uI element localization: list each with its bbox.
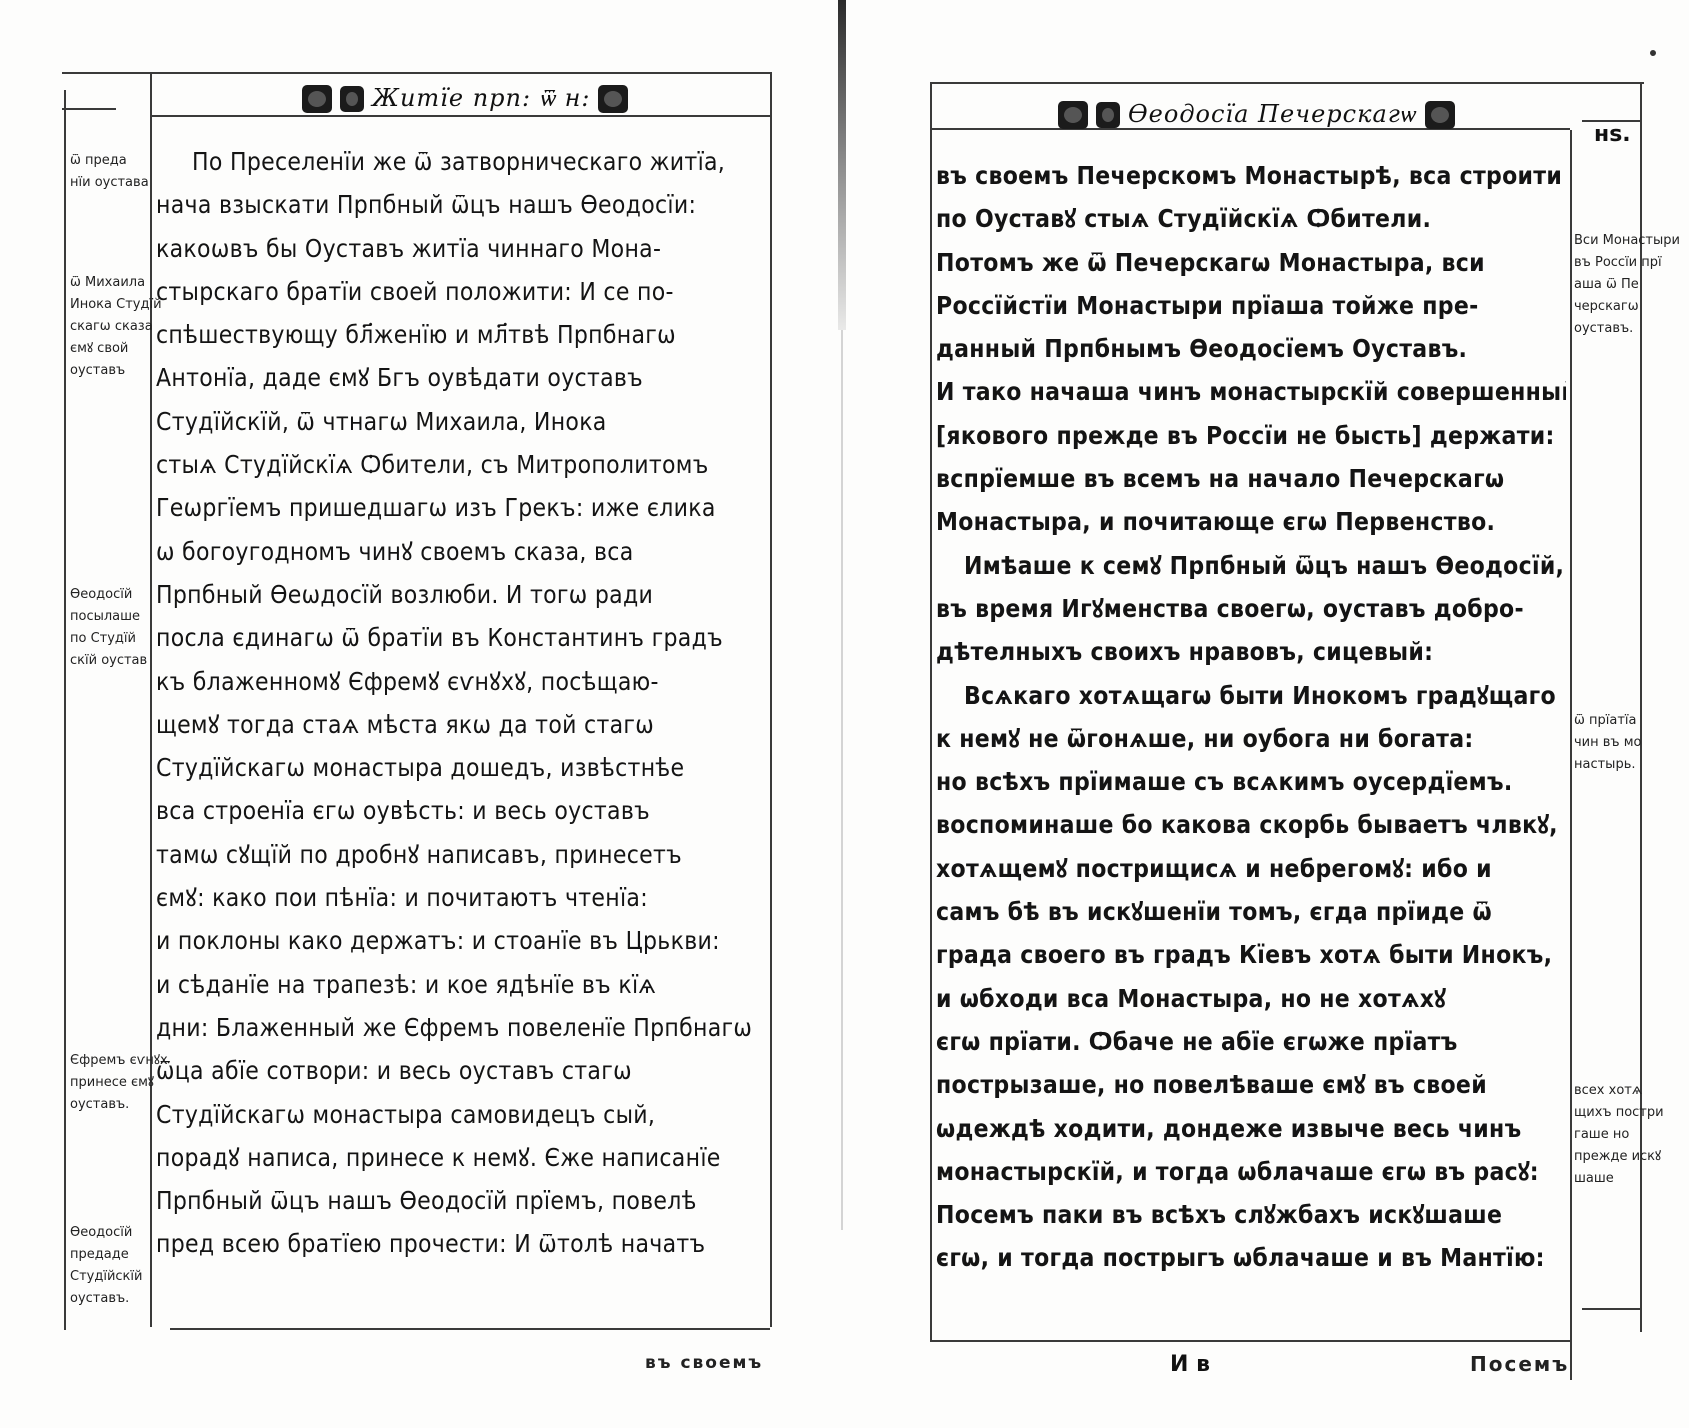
- left-page-body: По Преселенїи же ѿ затворническаго житїа…: [156, 140, 766, 1266]
- margin-note-line: ѿ Михаила: [70, 272, 162, 294]
- running-head-left: Житїе прп: ѿ н:: [302, 84, 628, 113]
- book-gutter-line: [841, 330, 843, 1230]
- margin-note: ѿ прїатїа чин въ мо настырь.: [1574, 710, 1642, 776]
- text-line: єгѡ прїати. Ѻбаче не абїе єгѡже прїатъ: [936, 1020, 1566, 1063]
- text-line: Потомъ же ѿ Печерскагѡ Монастыра, вси: [936, 241, 1566, 284]
- margin-note-line: щихъ постри: [1574, 1102, 1664, 1124]
- margin-note-line: Ѳеодосїй: [70, 584, 147, 606]
- text-line: воспоминаше бо какова скорбь бываетъ члв…: [936, 803, 1566, 846]
- text-column-rule: [150, 72, 152, 1327]
- margin-note-line: нїи оустава: [70, 172, 149, 194]
- text-line: Имѣаше к семꙋ Прпбный ѿцъ нашъ Ѳеодосїй,: [936, 544, 1566, 587]
- text-line: Всѧкаго хотѧщагѡ быти Инокомъ градꙋщаго: [936, 674, 1566, 717]
- text-line: Студїйскїй, ѿ чтнагѡ Михаила, Инока: [156, 400, 766, 443]
- text-line: пред всею братїею прочести: И ѿтолѣ нача…: [156, 1222, 766, 1265]
- text-line: щемꙋ тогда стаѧ мѣста якѡ да той стагѡ: [156, 703, 766, 746]
- text-line: єгѡ, и тогда пострыгъ ѡблачаше и въ Мант…: [936, 1236, 1566, 1279]
- text-line: нача взыскати Прпбный ѿцъ нашъ Ѳеодосїи:: [156, 183, 766, 226]
- margin-note: ѿ преда нїи оустава: [70, 150, 149, 194]
- margin-note-line: ѿ преда: [70, 150, 149, 172]
- text-line: града своего въ градъ Кїевъ хотѧ быти Ин…: [936, 933, 1566, 976]
- margin-note-line: посылаше: [70, 606, 147, 628]
- inner-frame-rule: [770, 72, 772, 1327]
- text-line: Прпбный Ѳеѡдосїй возлюби. И тогѡ ради: [156, 573, 766, 616]
- margin-note-line: Инока Студїй: [70, 294, 162, 316]
- catchword: Посемъ: [1470, 1352, 1569, 1376]
- text-line: Студїйскагѡ монастыра самовидецъ сый,: [156, 1093, 766, 1136]
- margin-note: всех хотѧ щихъ постри гаше но прежде иск…: [1574, 1080, 1664, 1190]
- margin-note-line: оуставъ.: [1574, 318, 1680, 340]
- margin-note: Вси Монастыри въ Россїи прї аша ѿ Пе чер…: [1574, 230, 1680, 340]
- margin-note-line: ѿ прїатїа: [1574, 710, 1642, 732]
- margin-note-line: Студїйскїй: [70, 1266, 142, 1288]
- text-line: Россїйстїи Монастыри прїаша тойже пре-: [936, 284, 1566, 327]
- ornament-headpiece-icon: [340, 86, 364, 112]
- text-line: Антонїа, даде ємꙋ Бгъ оувѣдати оуставъ: [156, 356, 766, 399]
- text-line: и сѣданїе на трапезѣ: и кое ядѣнїе въ кї…: [156, 963, 766, 1006]
- bottom-frame-rule: [170, 1328, 770, 1330]
- top-frame-rule: [62, 72, 772, 74]
- text-line: Посемъ паки въ всѣхъ слꙋжбахъ искꙋшаше: [936, 1193, 1566, 1236]
- ornament-headpiece-icon: [302, 85, 332, 113]
- text-line: Геѡргїемъ пришедшагѡ изъ Грекъ: иже єлик…: [156, 486, 766, 529]
- margin-note: Єфремъ єѵнꙋх принесе ємꙋ оуставъ.: [70, 1050, 168, 1116]
- running-head-title: Житїе прп: ѿ н:: [372, 84, 590, 113]
- text-line: по Оуставꙋ стыѧ Студїйскїѧ Ѻбители.: [936, 197, 1566, 240]
- text-line: спѣшествующу бл҃женїю и мл҃твѣ Прпбнагѡ: [156, 313, 766, 356]
- margin-note-line: чин въ мо: [1574, 732, 1642, 754]
- margin-note-line: настырь.: [1574, 754, 1642, 776]
- text-line: въ своемъ Печерскомъ Монастырѣ, вса стро…: [936, 154, 1566, 197]
- top-frame-rule: [930, 82, 1644, 84]
- ink-speck: [1650, 50, 1656, 56]
- margin-note-line: шаше: [1574, 1168, 1664, 1190]
- text-line: ѡ богоугодномъ чинꙋ своемъ сказа, вса: [156, 530, 766, 573]
- margin-note-line: прежде искꙋ: [1574, 1146, 1664, 1168]
- margin-note-line: по Студїй: [70, 628, 147, 650]
- text-line: монастырскїй, и тогда ѡблачаше єгѡ въ ра…: [936, 1150, 1566, 1193]
- text-line: пострызаше, но повелѣваше ємꙋ въ своей: [936, 1063, 1566, 1106]
- manuscript-spread: Житїе прп: ѿ н: По Преселенїи же ѿ затво…: [0, 0, 1689, 1428]
- text-line: но всѣхъ прїимаше съ всѧкимъ оусердїемъ.: [936, 760, 1566, 803]
- margin-note-line: оуставъ.: [70, 1094, 168, 1116]
- text-line: ѡдеждѣ ходити, дондеже извыче весь чинъ: [936, 1107, 1566, 1150]
- ornament-headpiece-icon: [1096, 102, 1120, 128]
- margin-note: ѿ Михаила Инока Студїй скагѡ сказа ємꙋ с…: [70, 272, 162, 382]
- margin-note-line: гаше но: [1574, 1124, 1664, 1146]
- margin-head-rule: [62, 108, 116, 110]
- text-line: ѿца абїе сотвори: и весь оуставъ стагѡ: [156, 1049, 766, 1092]
- text-column-rule: [930, 82, 932, 1340]
- text-line: ємꙋ: како пои пѣнїа: и почитаютъ чтенїа:: [156, 876, 766, 919]
- text-line: порадꙋ написа, принесе к немꙋ. Єже напис…: [156, 1136, 766, 1179]
- text-line: данный Прпбнымъ Ѳеодосїемъ Оуставъ.: [936, 327, 1566, 370]
- text-line: [якового прежде въ Россїи не бысть] держ…: [936, 414, 1566, 457]
- running-head-title: Ѳеодосїа Печерскагѡ: [1128, 100, 1417, 129]
- margin-note-line: Вси Монастыри: [1574, 230, 1680, 252]
- text-line: и поклоны како держатъ: и стоанїе въ Црь…: [156, 919, 766, 962]
- text-line: самъ бѣ въ искꙋшенїи томъ, єгда прїиде ѿ: [936, 890, 1566, 933]
- margin-note: Ѳеодосїй посылаше по Студїй скїй оустав: [70, 584, 147, 672]
- margin-note-line: скагѡ сказа: [70, 316, 162, 338]
- catchword: въ своемъ: [645, 1353, 763, 1373]
- margin-note-line: оуставъ: [70, 360, 162, 382]
- running-head-right: Ѳеодосїа Печерскагѡ: [1058, 100, 1455, 129]
- bottom-margin-rule: [1582, 1308, 1642, 1310]
- text-line: и ѡбходи вса Монастыра, но не хотѧхꙋ: [936, 977, 1566, 1020]
- margin-note-line: принесе ємꙋ: [70, 1072, 168, 1094]
- bottom-frame-rule: [930, 1340, 1570, 1342]
- text-line: хотѧщемꙋ пострищисѧ и небрегомꙋ: ибо и: [936, 847, 1566, 890]
- text-line: посла єдинагѡ ѿ братїи въ Константинъ гр…: [156, 616, 766, 659]
- quire-signature: И в: [1170, 1352, 1210, 1377]
- text-line: Монастыра, и почитающе єгѡ Первенство.: [936, 500, 1566, 543]
- margin-note-line: въ Россїи прї: [1574, 252, 1680, 274]
- text-line: дни: Блаженный же Єфремъ повеленїе Прпбн…: [156, 1006, 766, 1049]
- folio-number: нѕ.: [1594, 122, 1631, 147]
- text-line: въ время Игꙋменства своегѡ, оуставъ добр…: [936, 587, 1566, 630]
- margin-note-line: оуставъ.: [70, 1288, 142, 1310]
- head-underline-rule: [150, 115, 770, 117]
- margin-column-rule: [1570, 130, 1572, 1380]
- text-line: Студїйскагѡ монастыра дошедъ, извѣстнѣе: [156, 746, 766, 789]
- right-page-body: въ своемъ Печерскомъ Монастырѣ, вса стро…: [936, 154, 1566, 1280]
- outer-frame-rule: [64, 90, 66, 1330]
- text-line: какоѡвъ бы Оуставъ житїа чиннаго Мона-: [156, 227, 766, 270]
- margin-note-line: Єфремъ єѵнꙋх: [70, 1050, 168, 1072]
- text-line: къ блаженномꙋ Єфремꙋ єѵнꙋхꙋ, посѣщаю-: [156, 660, 766, 703]
- ornament-headpiece-icon: [1425, 101, 1455, 129]
- right-page: Ѳеодосїа Печерскагѡ нѕ. въ своемъ Печерс…: [922, 60, 1642, 1380]
- text-line: тамѡ сꙋщїй по дробнꙋ написавъ, принесетъ: [156, 833, 766, 876]
- text-line: вспрїемше въ всемъ на начало Печерскагѡ: [936, 457, 1566, 500]
- margin-note-line: черскагѡ: [1574, 296, 1680, 318]
- ornament-headpiece-icon: [1058, 101, 1088, 129]
- book-gutter-shadow: [838, 0, 846, 330]
- margin-note-line: всех хотѧ: [1574, 1080, 1664, 1102]
- margin-note-line: ємꙋ свой: [70, 338, 162, 360]
- margin-note: Ѳеодосїй предаде Студїйскїй оуставъ.: [70, 1222, 142, 1310]
- margin-note-line: аша ѿ Пе: [1574, 274, 1680, 296]
- text-line: По Преселенїи же ѿ затворническаго житїа…: [156, 140, 766, 183]
- text-line: вса строенїа єгѡ оувѣсть: и весь оуставъ: [156, 789, 766, 832]
- text-line: к немꙋ не ѿгонѧше, ни оубога ни богата:: [936, 717, 1566, 760]
- text-line: И тако начаша чинъ монастырскїй совершен…: [936, 370, 1566, 413]
- ornament-headpiece-icon: [598, 85, 628, 113]
- margin-note-line: Ѳеодосїй: [70, 1222, 142, 1244]
- text-line: стырскаго братїи своей положити: И се по…: [156, 270, 766, 313]
- left-page: Житїе прп: ѿ н: По Преселенїи же ѿ затво…: [40, 60, 770, 1380]
- text-line: дѣтелныхъ своихъ нравовъ, сицевый:: [936, 630, 1566, 673]
- margin-note-line: предаде: [70, 1244, 142, 1266]
- margin-note-line: скїй оустав: [70, 650, 147, 672]
- text-line: Прпбный ѿцъ нашъ Ѳеодосїй прїемъ, повелѣ: [156, 1179, 766, 1222]
- text-line: стыѧ Студїйскїѧ Ѻбители, съ Митрополитом…: [156, 443, 766, 486]
